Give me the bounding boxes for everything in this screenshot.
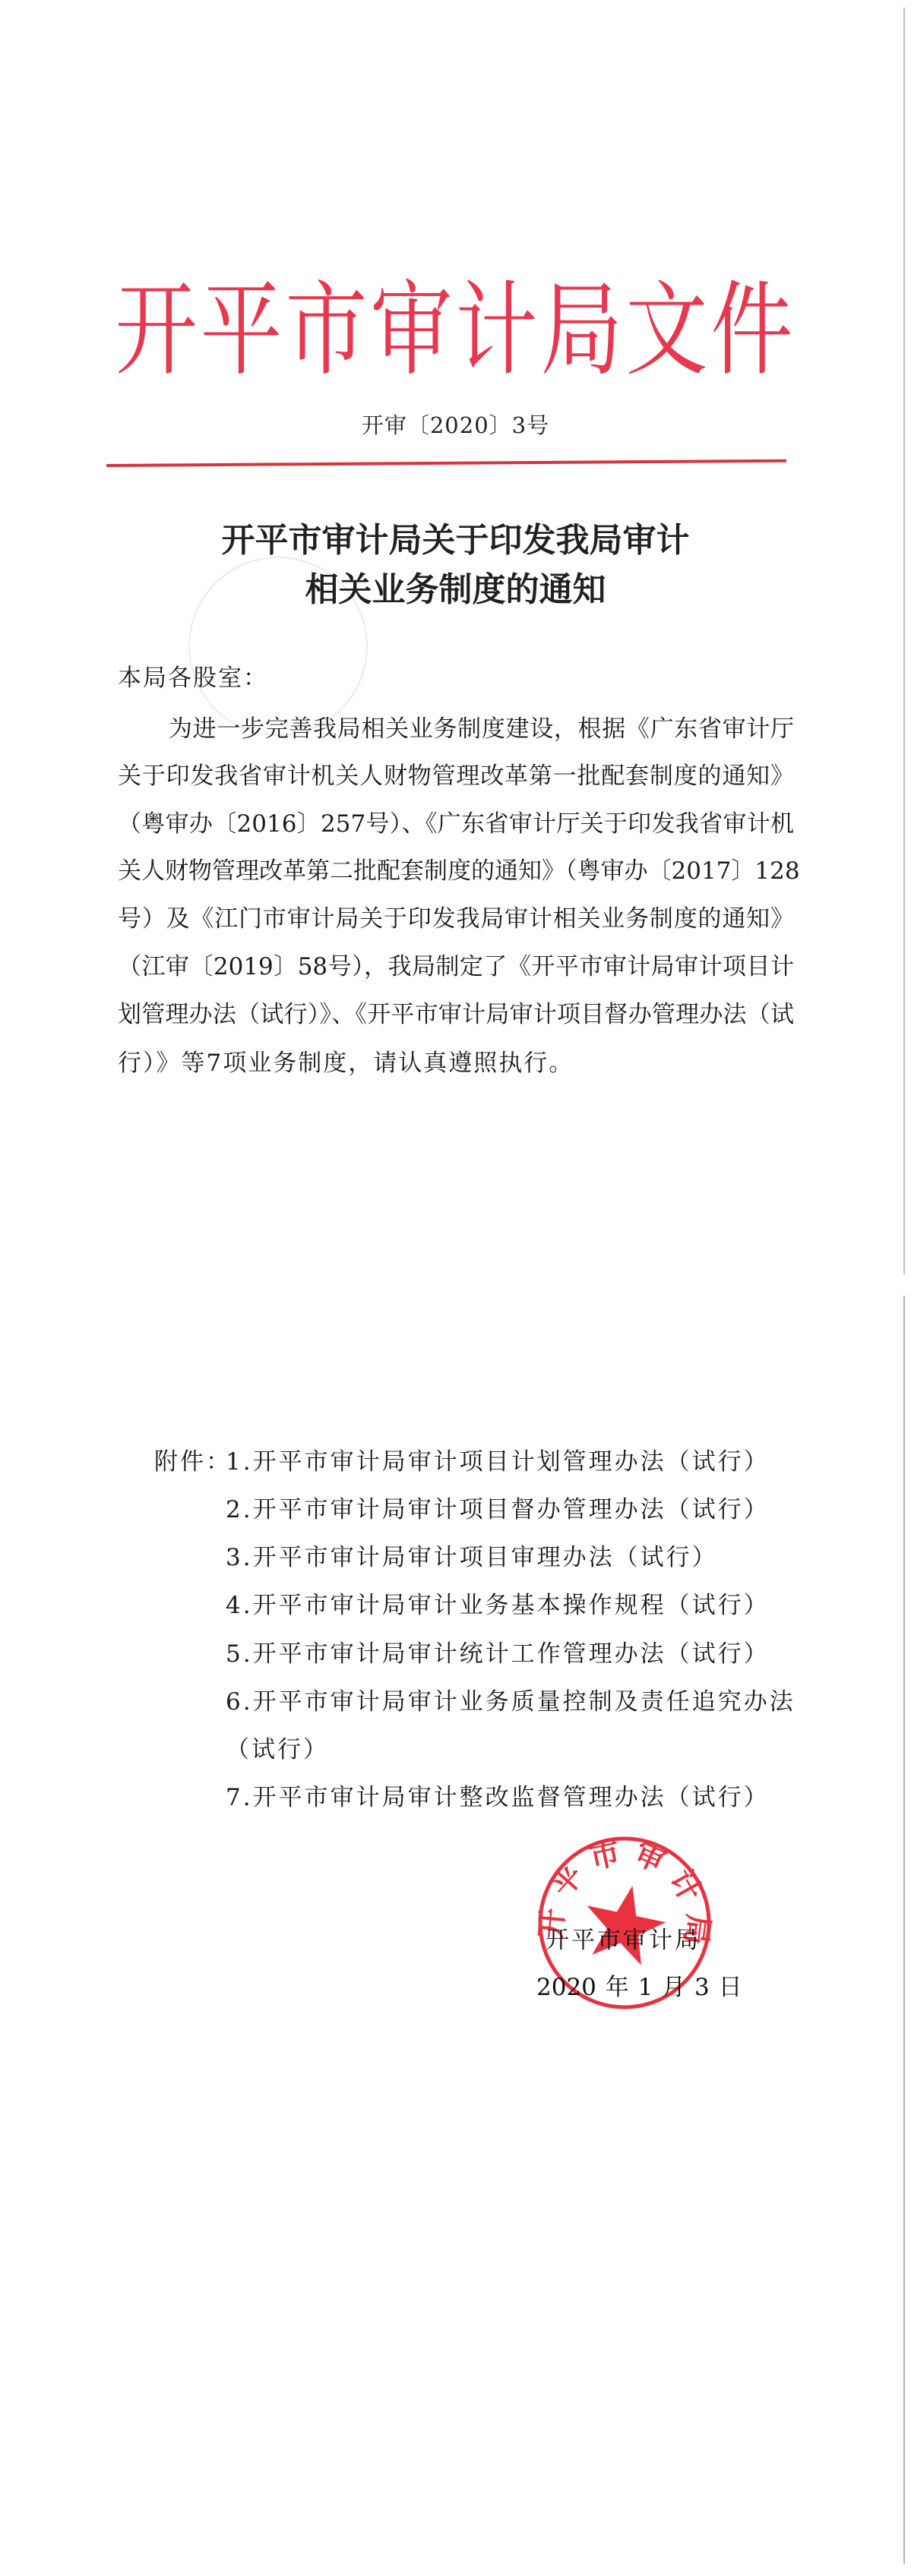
body-paragraph-line: 行）》等7项业务制度，请认真遵照执行。 bbox=[118, 1048, 794, 1078]
page-edge-line bbox=[903, 8, 905, 1274]
signing-organization: 开平市审计局 bbox=[546, 1925, 701, 1956]
attachment-item: 1.开平市审计局审计项目计划管理办法（试行） bbox=[226, 1447, 770, 1477]
body-paragraph-line: 关人财物管理改革第二批配套制度的通知》（粤审办〔2017〕128 bbox=[118, 856, 794, 886]
notice-title-line-2: 相关业务制度的通知 bbox=[0, 562, 911, 611]
body-paragraph-line: 号）及《江门市审计局关于印发我局审计相关业务制度的通知》 bbox=[118, 904, 794, 934]
body-paragraph-line: （粤审办〔2016〕257号）、《广东省审计厅关于印发我省审计机 bbox=[118, 809, 794, 839]
document-number: 开审〔2020〕3号 bbox=[0, 410, 911, 440]
document-masthead: 开平市审计局文件 bbox=[0, 270, 911, 393]
attachment-item: 7.开平市审计局审计整改监督管理办法（试行） bbox=[226, 1782, 770, 1813]
signing-date: 2020 年 1 月 3 日 bbox=[536, 1972, 742, 2003]
page-edge-line bbox=[903, 1296, 905, 2564]
attachment-item: 3.开平市审计局审计项目审理办法（试行） bbox=[226, 1542, 718, 1573]
attachment-item: 6.开平市审计局审计业务质量控制及责任追究办法 bbox=[226, 1687, 796, 1717]
attachments-label: 附件： bbox=[154, 1447, 232, 1477]
attachment-item: 4.开平市审计局审计业务基本操作规程（试行） bbox=[226, 1590, 770, 1621]
attachment-item-continuation: （试行） bbox=[226, 1735, 329, 1765]
red-divider-rule bbox=[106, 459, 786, 467]
body-paragraph-line: 划管理办法（试行）》、《开平市审计局审计项目督办管理办法（试 bbox=[118, 999, 794, 1030]
salutation: 本局各股室： bbox=[118, 663, 268, 693]
notice-title-line-1: 开平市审计局关于印发我局审计 bbox=[0, 513, 911, 561]
attachment-item: 5.开平市审计局审计统计工作管理办法（试行） bbox=[226, 1639, 770, 1669]
body-paragraph-line: 为进一步完善我局相关业务制度建设，根据《广东省审计厅 bbox=[169, 714, 794, 744]
body-paragraph-line: （江审〔2019〕58号），我局制定了《开平市审计局审计项目计 bbox=[118, 952, 794, 982]
attachment-item: 2.开平市审计局审计项目督办管理办法（试行） bbox=[226, 1495, 770, 1525]
body-paragraph-line: 关于印发我省审计机关人财物管理改革第一批配套制度的通知》 bbox=[118, 761, 794, 791]
